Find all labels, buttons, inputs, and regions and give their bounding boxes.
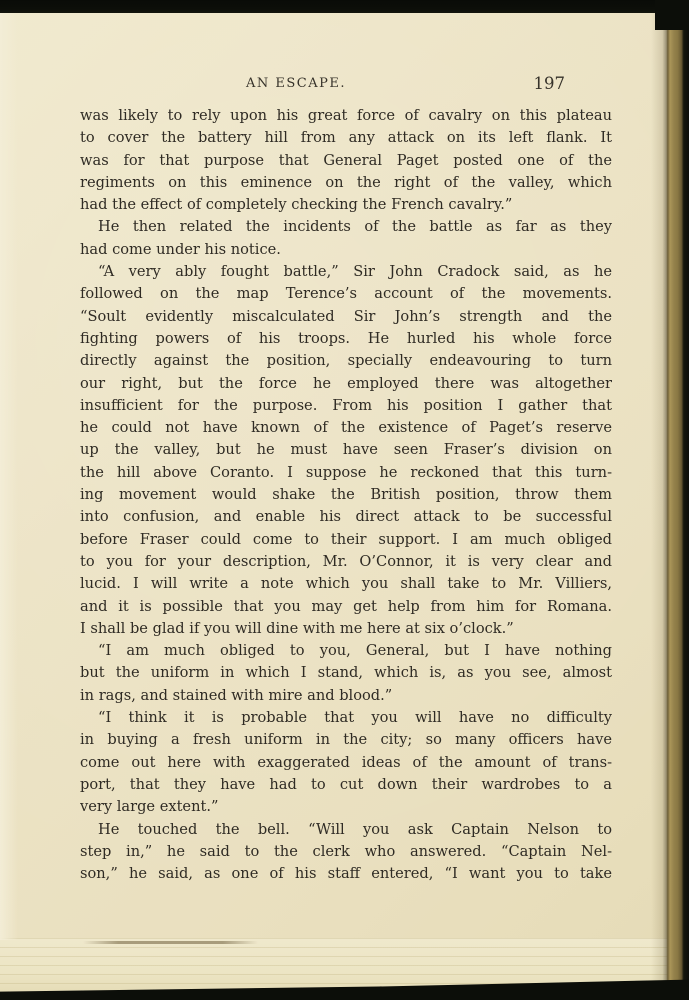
text-line: and it is possible that you may get help… [80, 596, 612, 618]
page-number: 197 [534, 74, 566, 93]
paragraph: He then related the incidents of the bat… [80, 216, 612, 261]
text-line: up the valley, but he must have seen Fra… [80, 439, 612, 461]
text-line: come out here with exaggerated ideas of … [80, 752, 612, 774]
paragraph: He touched the bell. “Will you ask Capta… [80, 819, 612, 886]
text-line: step in,” he said to the clerk who answe… [80, 841, 612, 863]
text-line: to cover the battery hill from any attac… [80, 127, 612, 149]
paragraph: “A very ably fought battle,” Sir John Cr… [80, 261, 612, 640]
text-line: in buying a fresh uniform in the city; s… [80, 729, 612, 751]
scanned-book-page: AN ESCAPE. 197 was likely to rely upon h… [0, 0, 689, 1000]
text-line: the hill above Coranto. I suppose he rec… [80, 462, 612, 484]
text-line: port, that they have had to cut down the… [80, 774, 612, 796]
paragraph: was likely to rely upon his great force … [80, 105, 612, 216]
text-line: insufficient for the purpose. From his p… [80, 395, 612, 417]
text-line: fighting powers of his troops. He hurled… [80, 328, 612, 350]
page-gutter-edge [0, 13, 18, 940]
scan-background-top [0, 0, 689, 13]
page-header: AN ESCAPE. 197 [80, 74, 612, 92]
text-line: “I am much obliged to you, General, but … [80, 640, 612, 662]
text-line: regiments on this eminence on the right … [80, 172, 612, 194]
text-line: “I think it is probable that you will ha… [80, 707, 612, 729]
text-line: in rags, and stained with mire and blood… [80, 685, 612, 707]
text-line: had come under his notice. [80, 239, 612, 261]
text-line: lucid. I will write a note which you sha… [80, 573, 612, 595]
paragraph: “I think it is probable that you will ha… [80, 707, 612, 818]
text-line: our right, but the force he employed the… [80, 373, 612, 395]
text-line: he could not have known of the existence… [80, 417, 612, 439]
paragraph: “I am much obliged to you, General, but … [80, 640, 612, 707]
text-line: before Fraser could come to their suppor… [80, 529, 612, 551]
text-block: was likely to rely upon his great force … [80, 105, 612, 885]
text-line: to you for your description, Mr. O’Conno… [80, 551, 612, 573]
text-line: “A very ably fought battle,” Sir John Cr… [80, 261, 612, 283]
page-content: AN ESCAPE. 197 was likely to rely upon h… [80, 0, 612, 885]
running-title: AN ESCAPE. [246, 76, 346, 91]
text-line: was likely to rely upon his great force … [80, 105, 612, 127]
text-line: son,” he said, as one of his staff enter… [80, 863, 612, 885]
text-line: ing movement would shake the British pos… [80, 484, 612, 506]
text-line: He then related the incidents of the bat… [80, 216, 612, 238]
text-line: had the effect of completely checking th… [80, 194, 612, 216]
text-line: but the uniform in which I stand, which … [80, 662, 612, 684]
text-line: I shall be glad if you will dine with me… [80, 618, 612, 640]
text-line: “Soult evidently miscalculated Sir John’… [80, 306, 612, 328]
fore-edge-shadow-line [83, 941, 258, 944]
book-right-page-edges [651, 0, 689, 1000]
text-line: He touched the bell. “Will you ask Capta… [80, 819, 612, 841]
text-line: into confusion, and enable his direct at… [80, 506, 612, 528]
text-line: very large extent.” [80, 796, 612, 818]
text-line: followed on the map Terence’s account of… [80, 283, 612, 305]
scan-background-top-right [655, 0, 689, 30]
text-line: was for that purpose that General Paget … [80, 150, 612, 172]
text-line: directly against the position, specially… [80, 350, 612, 372]
